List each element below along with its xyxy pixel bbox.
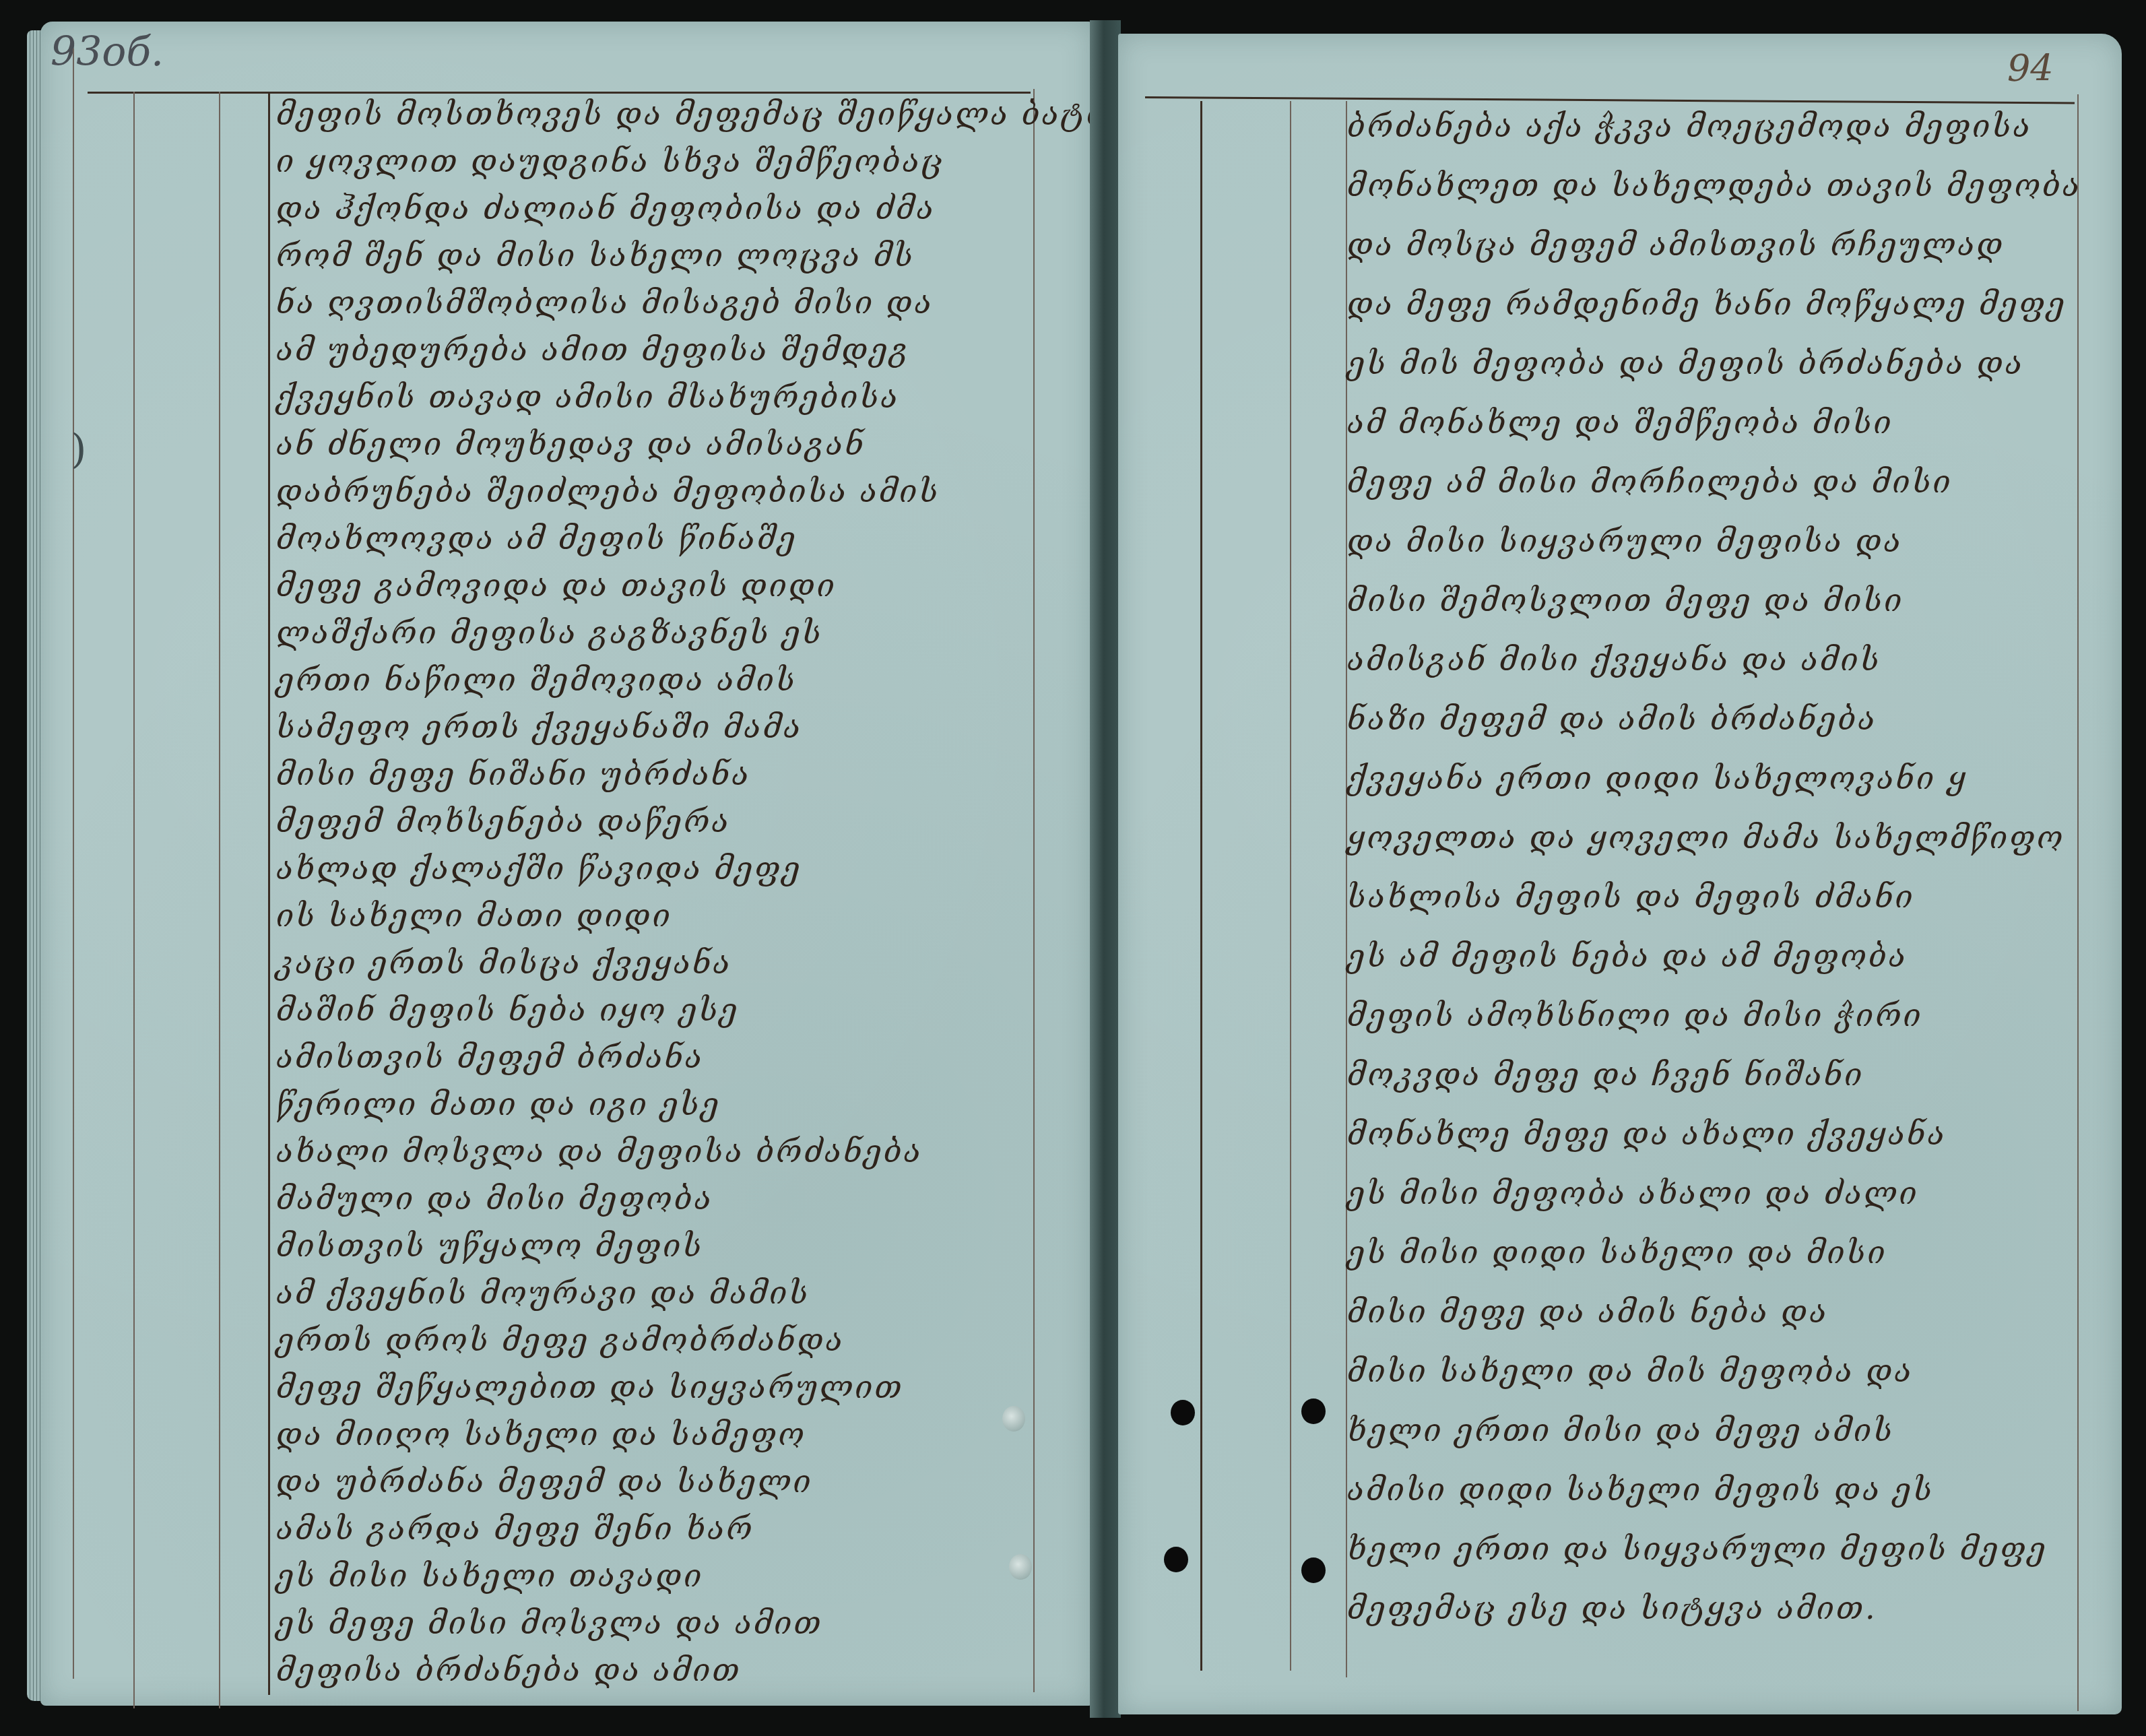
text-line: სამეფო ერთს ქვეყანაში მამა: [276, 709, 802, 745]
text-line: ამ ქვეყნის მოურავი და მამის: [276, 1275, 810, 1311]
text-line: ბრძანება აქა ჭკვა მოეცემოდა მეფისა: [1347, 108, 2032, 144]
text-line: მამული და მისი მეფობა: [276, 1180, 713, 1217]
text-line: მონახლე მეფე და ახალი ქვეყანა: [1347, 1116, 1947, 1152]
text-line: მისთვის უწყალო მეფის: [276, 1227, 703, 1264]
folio-number-left: 93об.: [51, 28, 164, 75]
margin-rule-3: [268, 92, 270, 1695]
text-line: დაბრუნება შეიძლება მეფობისა ამის: [276, 473, 940, 509]
text-line: ამას გარდა მეფე შენი ხარ: [276, 1510, 754, 1547]
text-line: ხელი ერთი და სიყვარული მეფის მეფე: [1347, 1531, 2048, 1567]
text-line: მონახლეთ და სახელდება თავის მეფობა: [1347, 167, 2081, 203]
text-line: და უბრძანა მეფემ და სახელი: [276, 1463, 813, 1500]
binding-hole: [1301, 1399, 1326, 1424]
binding-hole: [1164, 1547, 1188, 1572]
text-line: მოახლოვდა ამ მეფის წინაშე: [276, 520, 798, 556]
text-line: და მოსცა მეფემ ამისთვის რჩეულად: [1347, 226, 2005, 263]
text-line: ხელი ერთი მისი და მეფე ამის: [1347, 1412, 1894, 1448]
right-page: 94 ბრძანება აქა ჭკვა მოეცემოდა მეფისა მო…: [1118, 34, 2122, 1714]
text-line: ეს მეფე მისი მოსვლა და ამით: [276, 1605, 823, 1641]
folio-number-right: 94: [2007, 47, 2054, 90]
text-line: ამისთვის მეფემ ბრძანა: [276, 1039, 704, 1075]
text-line: ერთს დროს მეფე გამობრძანდა: [276, 1322, 845, 1358]
text-line: მისი მეფე ნიშანი უბრძანა: [276, 756, 751, 792]
text-line: რომ შენ და მისი სახელი ლოცვა მს: [276, 237, 915, 274]
margin-mark: ): [71, 426, 86, 473]
text-line: ამ მონახლე და შემწეობა მისი: [1347, 404, 1893, 441]
top-rule: [1145, 96, 2075, 104]
outer-margin-rule: [73, 49, 74, 1679]
text-line: მეფე გამოვიდა და თავის დიდი: [276, 567, 837, 604]
text-line: მეფე შეწყალებით და სიყვარულით: [276, 1369, 904, 1405]
book-gutter: [1090, 20, 1121, 1718]
text-line: ის სახელი მათი დიდი: [276, 897, 672, 934]
text-line: მეფის მოსთხოვეს და მეფემაც შეიწყალა ბატო…: [276, 96, 1155, 132]
margin-rule-1: [133, 92, 135, 1708]
text-line: მისი მეფე და ამის ნება და: [1347, 1293, 1828, 1330]
margin-rule-1: [1200, 101, 1202, 1671]
text-line: ლაშქარი მეფისა გაგზავნეს ეს: [276, 614, 823, 651]
text-line: ერთი ნაწილი შემოვიდა ამის: [276, 662, 797, 698]
text-line: და ჰქონდა ძალიან მეფობისა და ძმა: [276, 190, 936, 226]
text-line: კაცი ერთს მისცა ქვეყანა: [276, 944, 732, 981]
text-line: ამისი დიდი სახელი მეფის და ეს: [1347, 1471, 1934, 1508]
top-rule: [88, 92, 1031, 94]
margin-rule-2: [1290, 101, 1291, 1671]
text-line: და მეფე რამდენიმე ხანი მოწყალე მეფე: [1347, 286, 2067, 322]
text-line: და მიიღო სახელი და სამეფო: [276, 1416, 806, 1452]
binding-hole: [1009, 1554, 1032, 1580]
text-line: ეს მისი დიდი სახელი და მისი: [1347, 1234, 1887, 1271]
right-margin-rule: [1033, 89, 1035, 1692]
text-line: ამ უბედურება ამით მეფისა შემდეგ: [276, 331, 910, 368]
text-line: მოკვდა მეფე და ჩვენ ნიშანი: [1347, 1056, 1864, 1093]
text-line: ქვეყანა ერთი დიდი სახელოვანი ყ: [1347, 760, 1968, 796]
right-margin-rule: [2077, 94, 2079, 1711]
text-line: და მისი სიყვარული მეფისა და: [1347, 523, 1903, 559]
text-line: ყოველთა და ყოველი მამა სახელმწიფო: [1347, 819, 2065, 856]
left-page: 93об. ) მეფის მოსთხოვეს და მეფემაც შეიწყ…: [40, 22, 1091, 1706]
text-line: ეს მისი მეფობა ახალი და ძალი: [1347, 1175, 1919, 1211]
text-line: მისი სახელი და მის მეფობა და: [1347, 1353, 1914, 1389]
margin-rule-2: [219, 92, 220, 1708]
text-line: მეფის ამოხსნილი და მისი ჭირი: [1347, 997, 1923, 1033]
text-line: მეფისა ბრძანება და ამით: [276, 1652, 742, 1688]
text-line: ამისგან მისი ქვეყანა და ამის: [1347, 641, 1881, 678]
text-line: მეფემაც ესე და სიტყვა ამით.: [1347, 1590, 1877, 1626]
binding-hole: [1171, 1400, 1195, 1425]
text-line: მისი შემოსვლით მეფე და მისი: [1347, 582, 1904, 618]
text-line: მეფე ამ მისი მორჩილება და მისი: [1347, 463, 1953, 500]
binding-hole: [1002, 1406, 1025, 1432]
text-line: წერილი მათი და იგი ესე: [276, 1086, 721, 1122]
text-line: ქვეყნის თავად ამისი მსახურებისა: [276, 379, 900, 415]
text-line: ი ყოვლით დაუდგინა სხვა შემწეობაც: [276, 143, 944, 179]
text-line: სახლისა მეფის და მეფის ძმანი: [1347, 878, 1915, 915]
text-line: ან ძნელი მოუხედავ და ამისაგან: [276, 426, 866, 462]
text-line: ეს მისი სახელი თავადი: [276, 1557, 703, 1594]
text-line: მაშინ მეფის ნება იყო ესე: [276, 992, 740, 1028]
text-line: ეს მის მეფობა და მეფის ბრძანება და: [1347, 345, 2024, 381]
text-line: ახლად ქალაქში წავიდა მეფე: [276, 850, 802, 887]
text-line: ახალი მოსვლა და მეფისა ბრძანება: [276, 1133, 923, 1169]
text-line: მეფემ მოხსენება დაწერა: [276, 803, 731, 839]
binding-hole: [1301, 1557, 1326, 1583]
text-line: ნა ღვთისმშობლისა მისაგებ მისი და: [276, 284, 934, 321]
text-line: ნაზი მეფემ და ამის ბრძანება: [1347, 701, 1877, 737]
text-line: ეს ამ მეფის ნება და ამ მეფობა: [1347, 938, 1908, 974]
